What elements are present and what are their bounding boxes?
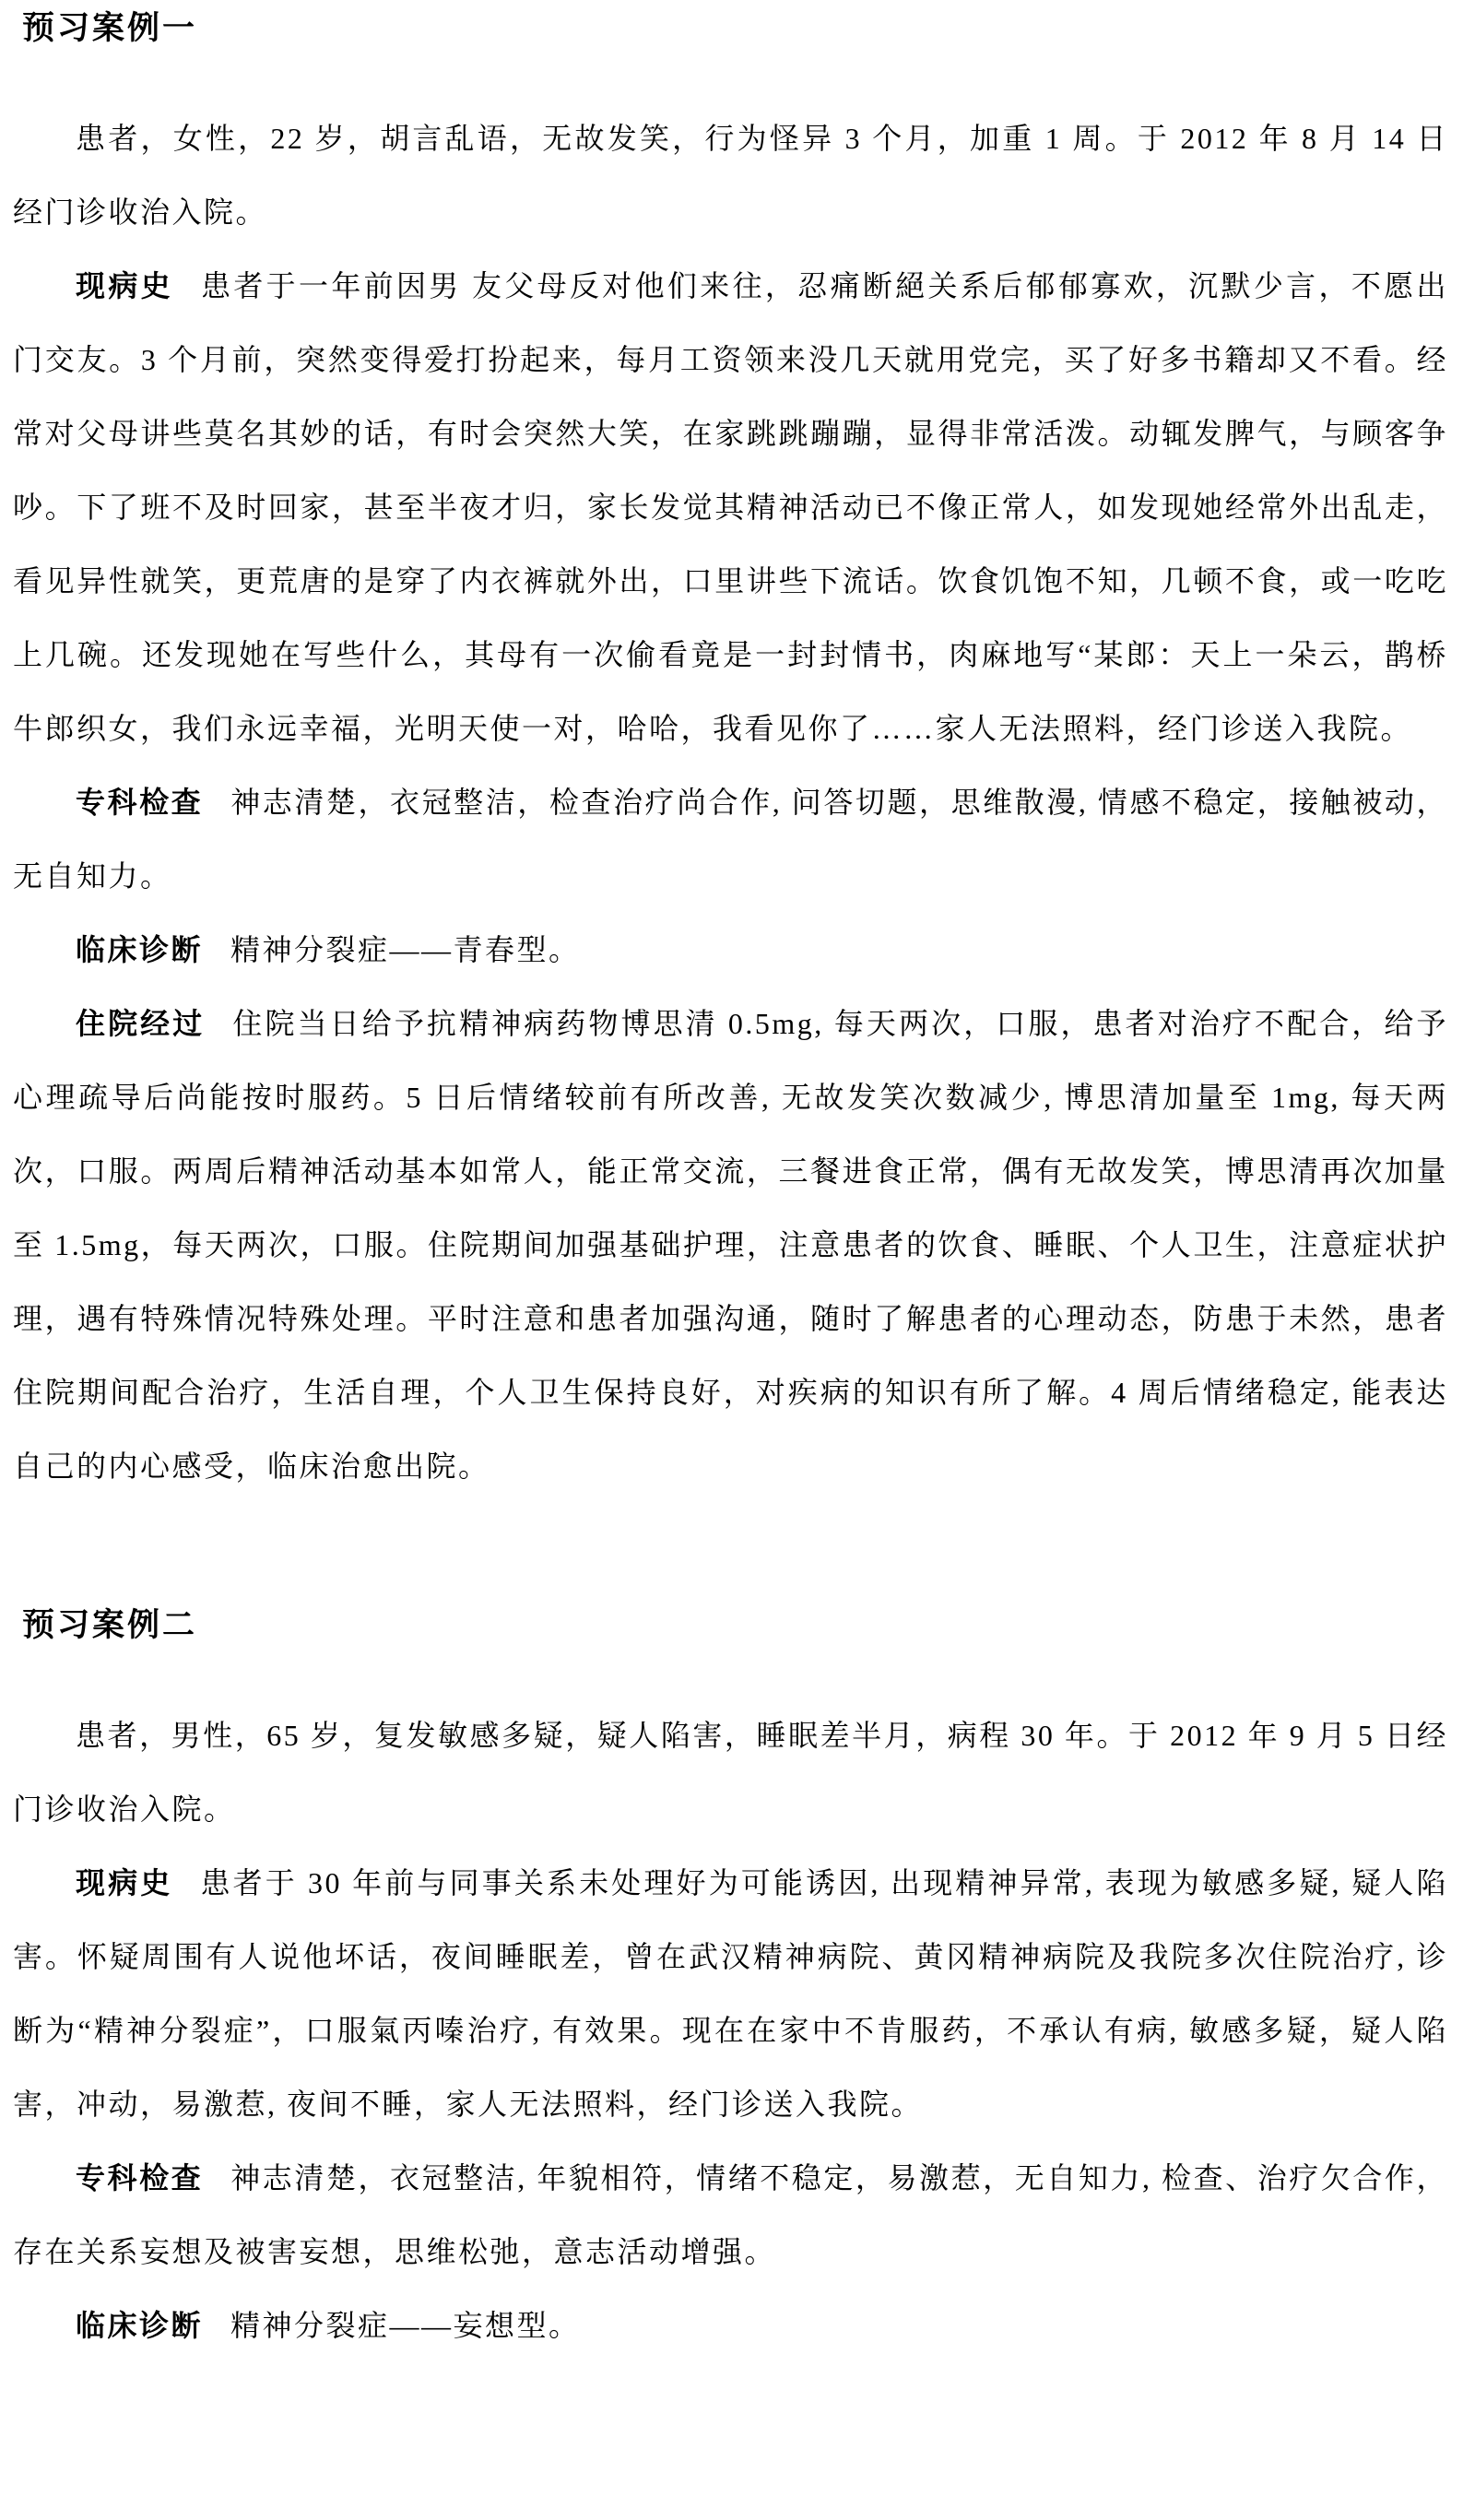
section-label-clinical-diagnosis: 临床诊断 — [76, 933, 230, 966]
section-label-present-illness: 现病史 — [76, 269, 201, 302]
section-text-present-illness: 患者于一年前因男 友父母反对他们来往，忍痛断絕关系后郁郁寡欢，沉默少言，不愿出门… — [13, 269, 1448, 745]
case-1-history-paragraph: 现病史患者于一年前因男 友父母反对他们来往，忍痛断絕关系后郁郁寡欢，沉默少言，不… — [13, 249, 1448, 765]
case-1-exam-paragraph: 专科检查神志清楚，衣冠整洁，检查治疗尚合作, 问答切题，思维散漫, 情感不稳定，… — [13, 765, 1448, 913]
section-label-present-illness: 现病史 — [76, 1866, 200, 1899]
section-label-hospital-course: 住院经过 — [76, 1007, 232, 1040]
case-1-diagnosis-paragraph: 临床诊断精神分裂症——青春型。 — [13, 913, 1448, 987]
section-label-clinical-diagnosis: 临床诊断 — [76, 2309, 230, 2342]
case-2-title: 预习案例二 — [13, 1603, 1448, 1649]
case-2: 预习案例二 患者，男性，65 岁，复发敏感多疑，疑人陷害，睡眠差半月，病程 30… — [13, 1603, 1448, 2362]
section-text-hospital-course: 住院当日给予抗精神病药物博思清 0.5mg, 每天两次，口服，患者对治疗不配合，… — [13, 1007, 1448, 1483]
document-page: 预习案例一 患者，女性，22 岁，胡言乱语，无故发笑，行为怪异 3 个月，加重 … — [0, 0, 1463, 2520]
case-1-intro-paragraph: 患者，女性，22 岁，胡言乱语，无故发笑，行为怪异 3 个月，加重 1 周。于 … — [13, 101, 1448, 249]
case-1: 预习案例一 患者，女性，22 岁，胡言乱语，无故发笑，行为怪异 3 个月，加重 … — [13, 6, 1448, 1503]
case-1-hospital-course-paragraph: 住院经过住院当日给予抗精神病药物博思清 0.5mg, 每天两次，口服，患者对治疗… — [13, 987, 1448, 1503]
case-2-diagnosis-paragraph: 临床诊断精神分裂症——妄想型。 — [13, 2289, 1448, 2362]
section-label-specialist-exam: 专科检查 — [76, 786, 230, 819]
section-text-present-illness: 患者于 30 年前与同事关系未处理好为可能诱因, 出现精神异常, 表现为敏感多疑… — [13, 1866, 1448, 2121]
case-2-intro-paragraph: 患者，男性，65 岁，复发敏感多疑，疑人陷害，睡眠差半月，病程 30 年。于 2… — [13, 1698, 1448, 1846]
section-label-specialist-exam: 专科检查 — [76, 2161, 230, 2195]
case-2-history-paragraph: 现病史患者于 30 年前与同事关系未处理好为可能诱因, 出现精神异常, 表现为敏… — [13, 1846, 1448, 2141]
section-text-clinical-diagnosis: 精神分裂症——妄想型。 — [230, 2309, 581, 2342]
section-text-clinical-diagnosis: 精神分裂症——青春型。 — [230, 933, 581, 966]
case-1-title: 预习案例一 — [13, 6, 1448, 52]
case-2-exam-paragraph: 专科检查神志清楚，衣冠整洁, 年貌相符，情绪不稳定，易激惹，无自知力, 检查、治… — [13, 2141, 1448, 2289]
